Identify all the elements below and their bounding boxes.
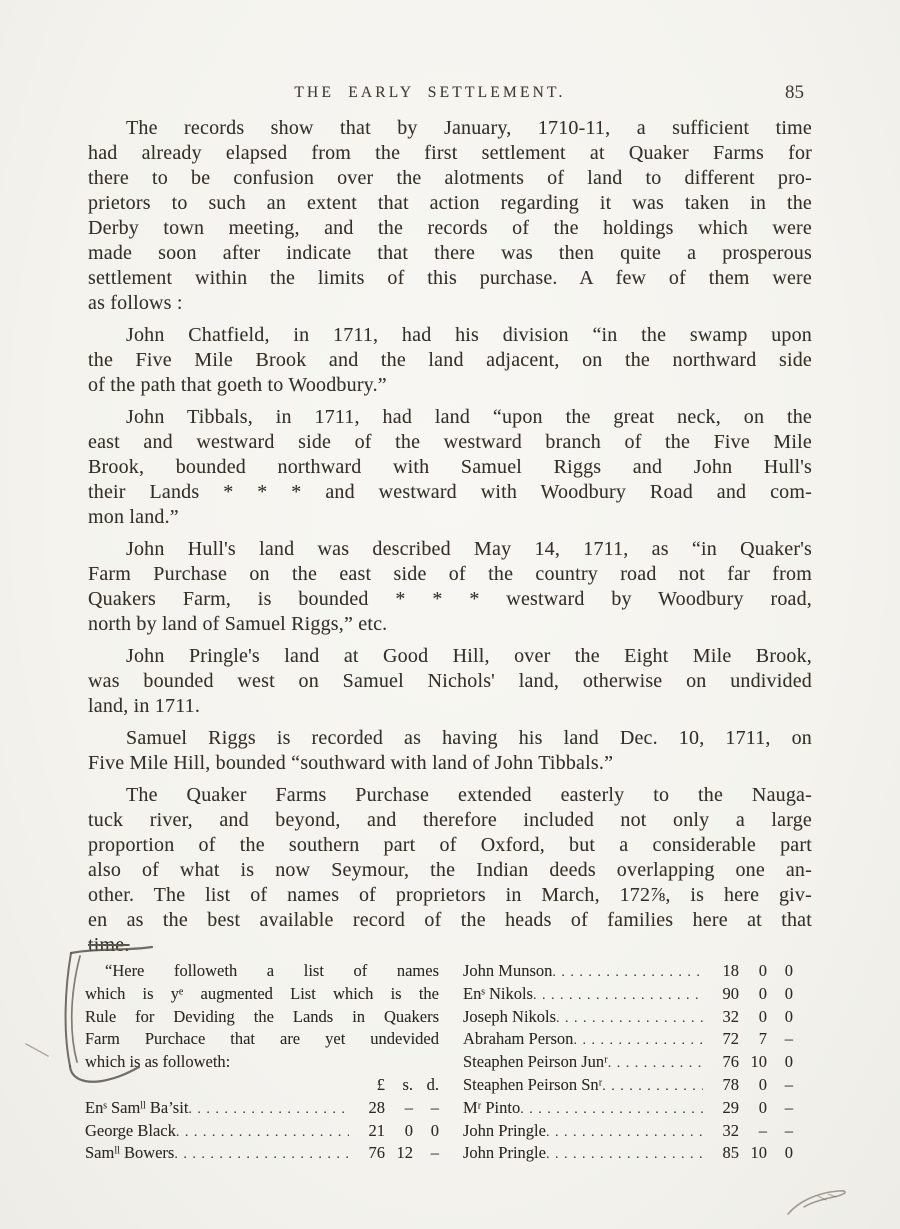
proprietor-row: George Black 21 0 0: [85, 1120, 439, 1143]
dot-leader: [176, 1120, 349, 1145]
shillings-value: –: [385, 1097, 413, 1120]
page-number: 85: [785, 82, 804, 104]
proprietor-name: Mʳ Pinto: [463, 1097, 520, 1120]
pence-value: 0: [413, 1120, 439, 1143]
pounds-value: 18: [703, 960, 739, 983]
body-line: The Quaker Farms Purchase extended easte…: [88, 783, 812, 808]
body-line: tuck river, and beyond, and therefore in…: [88, 808, 812, 833]
shillings-value: 0: [739, 983, 767, 1006]
pence-value: –: [767, 1028, 793, 1051]
dot-leader: [520, 1097, 703, 1122]
body-line: east and westward side of the westward b…: [88, 430, 812, 455]
paragraph-5: John Pringle's land at Good Hill, over t…: [88, 644, 812, 719]
body-line: Brook, bounded northward with Samuel Rig…: [88, 455, 812, 480]
body-line: there to be confusion over the alotments…: [88, 166, 812, 191]
proprietor-name: John Munson: [463, 960, 552, 983]
body-line: their Lands * * * and westward with Wood…: [88, 480, 812, 505]
proprietor-row: Steaphen Peirson Junʳ 76 10 0: [463, 1051, 793, 1074]
pounds-value: 85: [703, 1142, 739, 1165]
paragraph-4: John Hull's land was described May 14, 1…: [88, 537, 812, 637]
body-line: Five Mile Hill, bounded “southward with …: [88, 751, 812, 776]
body-line: the Five Mile Brook and the land adjacen…: [88, 348, 812, 373]
shillings-value: 10: [739, 1051, 767, 1074]
body-line: also of what is now Seymour, the Indian …: [88, 858, 812, 883]
list-intro-line: which is as followeth:: [85, 1051, 439, 1074]
dot-leader: [573, 1028, 703, 1053]
shillings-value: 0: [739, 1006, 767, 1029]
dot-leader: [174, 1142, 349, 1167]
pounds-value: 90: [703, 983, 739, 1006]
proprietor-row: Enˢ Nikols 90 0 0: [463, 983, 793, 1006]
list-column-right: John Munson 18 0 0 Enˢ Nikols 90 0 0 Jos…: [463, 960, 793, 1165]
proprietor-name: George Black: [85, 1120, 176, 1143]
pounds-value: 29: [703, 1097, 739, 1120]
paragraph-2: John Chatfield, in 1711, had his divisio…: [88, 323, 812, 398]
corner-flourish-mark: [788, 1191, 845, 1214]
page-title: THE EARLY SETTLEMENT.: [88, 84, 772, 102]
proprietor-row: Enˢ Samˡˡ Ba’sit 28 – –: [85, 1097, 439, 1120]
proprietor-name: Joseph Nikols: [463, 1006, 556, 1029]
body-line: John Hull's land was described May 14, 1…: [88, 537, 812, 562]
dot-leader: [602, 1074, 703, 1099]
body-line: Quakers Farm, is bounded * * * westward …: [88, 587, 812, 612]
proprietor-row: Mʳ Pinto 29 0 –: [463, 1097, 793, 1120]
currency-header-row: £ s. d.: [85, 1074, 439, 1097]
pence-value: 0: [767, 960, 793, 983]
body-line: proportion of the southern part of Oxfor…: [88, 833, 812, 858]
proprietor-row: Joseph Nikols 32 0 0: [463, 1006, 793, 1029]
dot-leader: [546, 1120, 703, 1145]
running-head: THE EARLY SETTLEMENT. 85: [88, 84, 812, 108]
pounds-value: 76: [703, 1051, 739, 1074]
pence-header: d.: [413, 1074, 439, 1097]
body-line: of the path that goeth to Woodbury.”: [88, 373, 812, 398]
pounds-header: £: [349, 1074, 385, 1097]
pounds-value: 32: [703, 1006, 739, 1029]
shillings-value: 0: [739, 1097, 767, 1120]
proprietor-name: Steaphen Peirson Junʳ: [463, 1051, 608, 1074]
body-line: John Pringle's land at Good Hill, over t…: [88, 644, 812, 669]
pence-value: –: [413, 1142, 439, 1165]
dot-leader: [552, 960, 703, 985]
body-line: John Tibbals, in 1711, had land “upon th…: [88, 405, 812, 430]
proprietor-row: John Pringle 85 10 0: [463, 1142, 793, 1165]
pounds-value: 32: [703, 1120, 739, 1143]
pen-bracket-vertical-mark: [66, 953, 71, 1066]
body-line: as follows :: [88, 291, 812, 316]
body-line: other. The list of names of proprietors …: [88, 883, 812, 908]
list-intro-line: “Here followeth a list of names: [85, 960, 439, 983]
proprietor-row: John Munson 18 0 0: [463, 960, 793, 983]
body-line: mon land.”: [88, 505, 812, 530]
proprietor-row: John Pringle 32 – –: [463, 1120, 793, 1143]
proprietor-name: John Pringle: [463, 1142, 546, 1165]
shillings-value: 7: [739, 1028, 767, 1051]
body-text: The records show that by January, 1710-1…: [88, 116, 812, 965]
struck-word: time.: [88, 934, 130, 956]
shillings-value: 0: [739, 960, 767, 983]
pence-value: –: [413, 1097, 439, 1120]
dot-leader: [546, 1142, 703, 1167]
body-line: John Chatfield, in 1711, had his divisio…: [88, 323, 812, 348]
pounds-value: 78: [703, 1074, 739, 1097]
body-line: Samuel Riggs is recorded as having his l…: [88, 726, 812, 751]
pence-value: –: [767, 1120, 793, 1143]
pence-value: –: [767, 1074, 793, 1097]
pence-value: 0: [767, 983, 793, 1006]
body-line: settlement within the limits of this pur…: [88, 266, 812, 291]
pounds-value: 21: [349, 1120, 385, 1143]
body-line: made soon after indicate that there was …: [88, 241, 812, 266]
body-line: prietors to such an extent that action r…: [88, 191, 812, 216]
pence-value: –: [767, 1097, 793, 1120]
pounds-value: 72: [703, 1028, 739, 1051]
body-line: time.: [88, 933, 812, 958]
pen-bracket-vertical2-mark: [72, 956, 80, 1062]
proprietor-row: Abraham Person 72 7 –: [463, 1028, 793, 1051]
dot-leader: [556, 1006, 703, 1031]
list-intro-line: Farm Purchace that are yet undevided: [85, 1028, 439, 1051]
shillings-header: s.: [385, 1074, 413, 1097]
corner-flourish-hatch-mark: [818, 1194, 836, 1200]
dot-leader: [533, 983, 703, 1008]
proprietor-name: John Pringle: [463, 1120, 546, 1143]
proprietor-name: Enˢ Nikols: [463, 983, 533, 1006]
shillings-value: 0: [739, 1074, 767, 1097]
shillings-value: 10: [739, 1142, 767, 1165]
proprietor-name: Samˡˡ Bowers: [85, 1142, 174, 1165]
pence-value: 0: [767, 1051, 793, 1074]
shillings-value: 0: [385, 1120, 413, 1143]
proprietor-name: Enˢ Samˡˡ Ba’sit: [85, 1097, 188, 1120]
body-line: en as the best available record of the h…: [88, 908, 812, 933]
proprietor-name: Abraham Person: [463, 1028, 573, 1051]
proprietor-name: Steaphen Peirson Snʳ: [463, 1074, 602, 1097]
body-line: north by land of Samuel Riggs,” etc.: [88, 612, 812, 637]
dot-leader: [188, 1097, 349, 1122]
body-line: land, in 1711.: [88, 694, 812, 719]
list-column-left: “Here followeth a list of names which is…: [85, 960, 439, 1165]
paragraph-1: The records show that by January, 1710-1…: [88, 116, 812, 316]
dot-leader: [608, 1051, 703, 1076]
pence-value: 0: [767, 1006, 793, 1029]
proprietor-row: Steaphen Peirson Snʳ 78 0 –: [463, 1074, 793, 1097]
pence-value: 0: [767, 1142, 793, 1165]
paragraph-6: Samuel Riggs is recorded as having his l…: [88, 726, 812, 776]
body-line: was bounded west on Samuel Nichols' land…: [88, 669, 812, 694]
body-line: had already elapsed from the first settl…: [88, 141, 812, 166]
body-line: The records show that by January, 1710-1…: [88, 116, 812, 141]
shillings-value: 12: [385, 1142, 413, 1165]
proprietor-list: “Here followeth a list of names which is…: [85, 960, 793, 1165]
list-intro-line: Rule for Deviding the Lands in Quakers: [85, 1006, 439, 1029]
scanned-book-page: THE EARLY SETTLEMENT. 85 The records sho…: [0, 0, 900, 1229]
pounds-value: 76: [349, 1142, 385, 1165]
body-line: Derby town meeting, and the records of t…: [88, 216, 812, 241]
margin-tick-mark: [26, 1044, 48, 1056]
paragraph-7: The Quaker Farms Purchase extended easte…: [88, 783, 812, 958]
pounds-value: 28: [349, 1097, 385, 1120]
list-intro-line: which is yᵉ augmented List which is the: [85, 983, 439, 1006]
paragraph-3: John Tibbals, in 1711, had land “upon th…: [88, 405, 812, 530]
body-line: Farm Purchase on the east side of the co…: [88, 562, 812, 587]
proprietor-row: Samˡˡ Bowers 76 12 –: [85, 1142, 439, 1165]
shillings-value: –: [739, 1120, 767, 1143]
